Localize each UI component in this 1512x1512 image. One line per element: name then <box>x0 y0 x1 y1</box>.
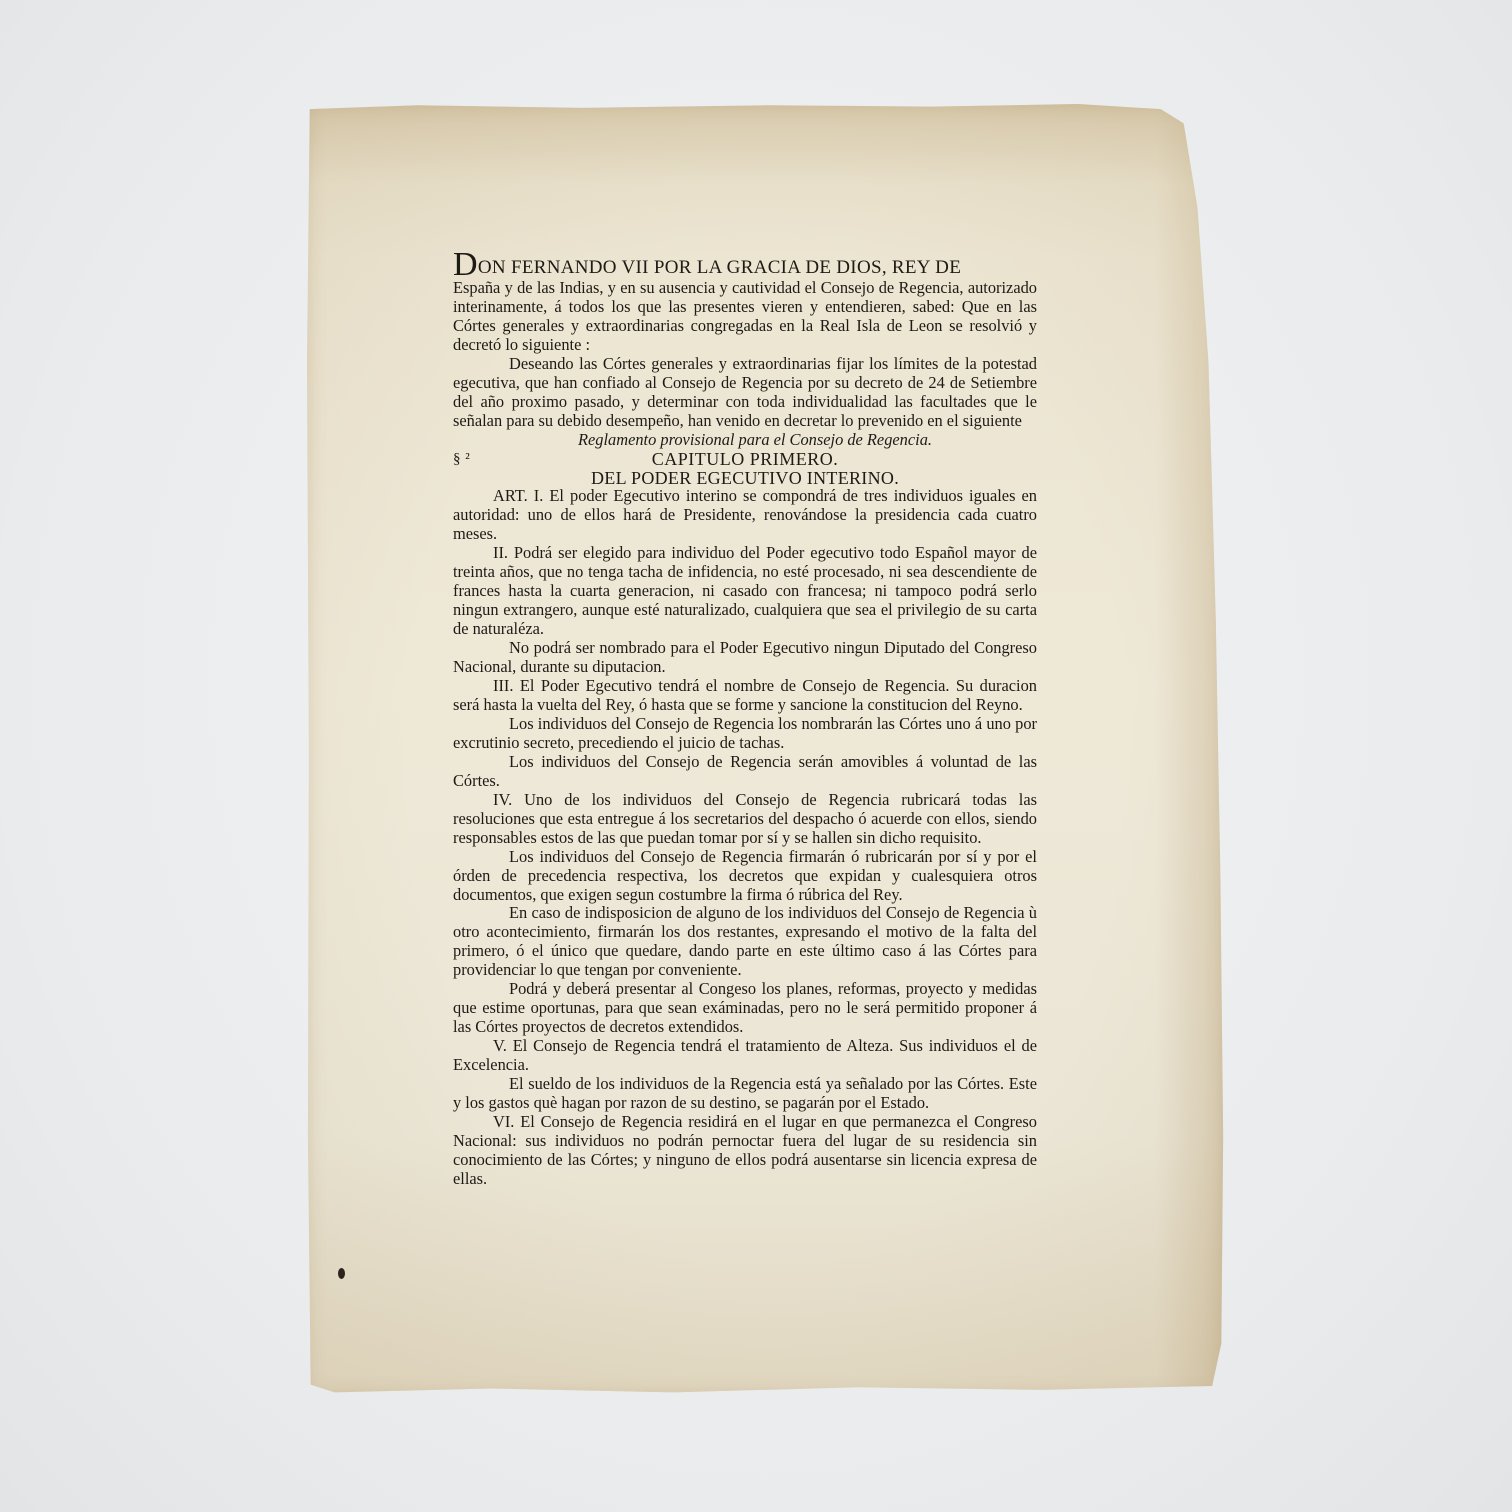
article-paragraph: El sueldo de los individuos de la Regenc… <box>453 1075 1037 1113</box>
article-paragraph: Los individuos del Consejo de Regencia f… <box>453 848 1037 905</box>
heading-text: ON FERNANDO VII POR LA GRACIA DE DIOS, R… <box>478 257 961 278</box>
chapter-title: DEL PODER EGECUTIVO INTERINO. <box>453 469 1037 488</box>
article-paragraph: Los individuos del Consejo de Regencia l… <box>453 715 1037 753</box>
article-paragraph: En caso de indisposicion de alguno de lo… <box>453 904 1037 980</box>
document-text-block: DON FERNANDO VII POR LA GRACIA DE DIOS, … <box>453 255 1037 1189</box>
article-paragraph: No podrá ser nombrado para el Poder Egec… <box>453 639 1037 677</box>
intro-paragraph: Deseando las Córtes generales y extraord… <box>453 355 1037 431</box>
article-paragraph: VI. El Consejo de Regencia residirá en e… <box>453 1113 1037 1189</box>
article-paragraph: V. El Consejo de Regencia tendrá el trat… <box>453 1037 1037 1075</box>
chapter-heading: § ²CAPITULO PRIMERO. <box>453 450 1037 469</box>
margin-mark: § ² <box>453 450 470 469</box>
binding-hole <box>338 1268 345 1279</box>
chapter-label: CAPITULO PRIMERO. <box>652 449 839 469</box>
regulation-subtitle: Reglamento provisional para el Consejo d… <box>453 431 1037 450</box>
article-paragraph: Podrá y deberá presentar al Congeso los … <box>453 980 1037 1037</box>
article-paragraph: III. El Poder Egecutivo tendrá el nombre… <box>453 677 1037 715</box>
preamble-paragraph: España y de las Indias, y en su ausencia… <box>453 279 1037 355</box>
article-paragraph: II. Podrá ser elegido para individuo del… <box>453 544 1037 639</box>
document-heading: DON FERNANDO VII POR LA GRACIA DE DIOS, … <box>453 255 1037 279</box>
article-paragraph: ART. I. El poder Egecutivo interino se c… <box>453 487 1037 544</box>
article-paragraph: IV. Uno de los individuos del Consejo de… <box>453 791 1037 848</box>
article-paragraph: Los individuos del Consejo de Regencia s… <box>453 753 1037 791</box>
